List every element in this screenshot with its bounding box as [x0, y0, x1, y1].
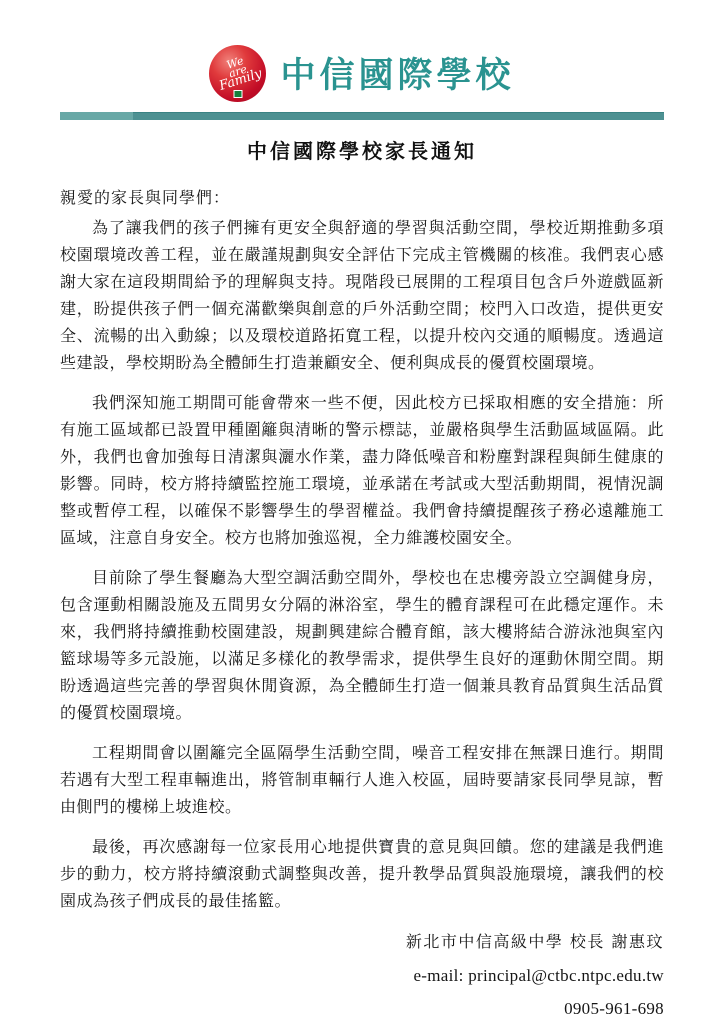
letterhead: WeareFamily 中信國際學校: [60, 44, 664, 102]
school-name: 中信國際學校: [280, 48, 514, 98]
letter-body: 親愛的家長與同學們： 為了讓我們的孩子們擁有更安全與舒適的學習與活動空間，學校近…: [60, 184, 664, 914]
paragraph-2: 我們深知施工期間可能會帶來一些不便，因此校方已採取相應的安全措施：所有施工區域都…: [60, 389, 664, 551]
signature-block: 新北市中信高級中學 校長 謝惠玟 e-mail: principal@ctbc.…: [60, 928, 664, 1022]
signature-phone: 0905-961-698: [60, 995, 664, 1022]
divider-dark-segment: [133, 112, 664, 120]
paragraph-3: 目前除了學生餐廳為大型空調活動空間外，學校也在忠樓旁設立空調健身房，包含運動相關…: [60, 564, 664, 726]
paragraph-1: 為了讓我們的孩子們擁有更安全與舒適的學習與活動空間，學校近期推動多項校園環境改善…: [60, 214, 664, 376]
logo-green-square-icon: [233, 90, 242, 98]
signature-email: e-mail: principal@ctbc.ntpc.edu.tw: [60, 962, 664, 989]
document-title: 中信國際學校家長通知: [60, 135, 664, 164]
we-are-family-logo-icon: WeareFamily: [209, 45, 266, 102]
logo-script-text: WeareFamily: [213, 51, 263, 90]
signature-school-principal: 新北市中信高級中學 校長 謝惠玟: [60, 928, 664, 955]
header-divider: [60, 112, 664, 120]
document-page: WeareFamily 中信國際學校 中信國際學校家長通知 親愛的家長與同學們：…: [0, 0, 724, 1024]
paragraph-5: 最後，再次感謝每一位家長用心地提供寶貴的意見與回饋。您的建議是我們進步的動力，校…: [60, 833, 664, 914]
greeting: 親愛的家長與同學們：: [60, 184, 664, 211]
paragraph-4: 工程期間會以圍籬完全區隔學生活動空間，噪音工程安排在無課日進行。期間若遇有大型工…: [60, 739, 664, 820]
divider-light-segment: [60, 112, 133, 120]
